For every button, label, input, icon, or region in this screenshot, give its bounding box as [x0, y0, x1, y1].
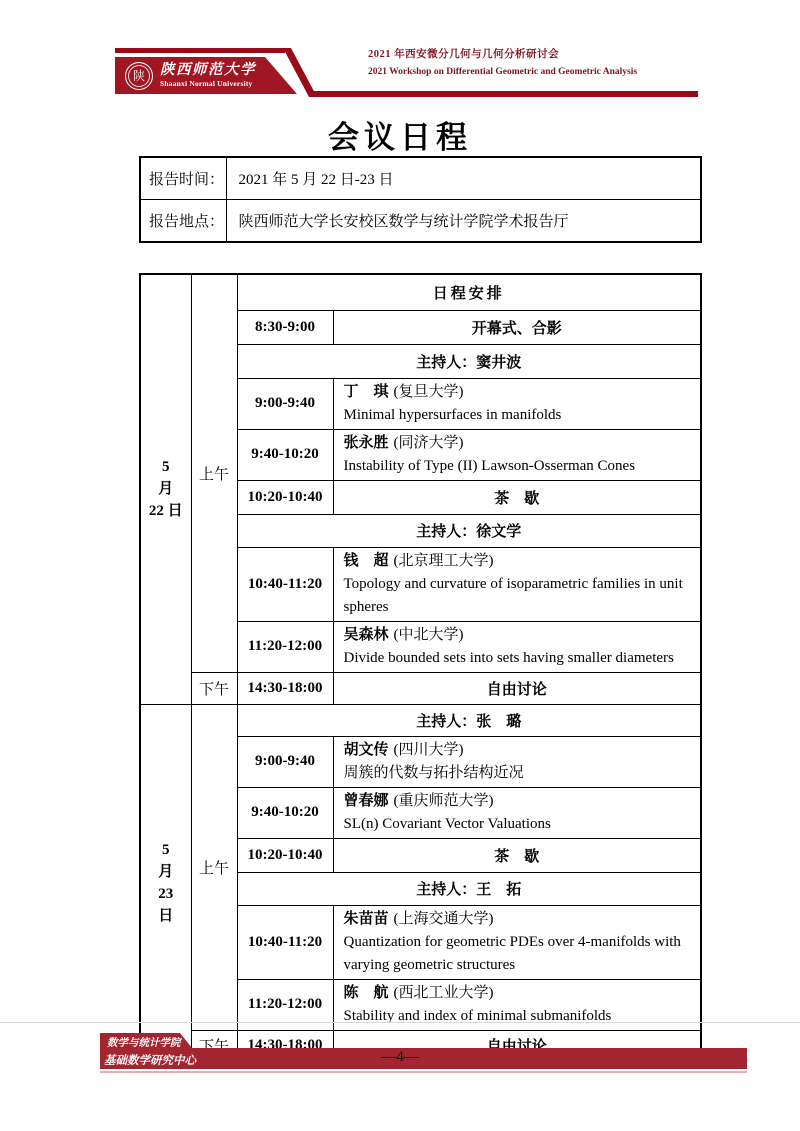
university-seal-icon: 陕: [125, 62, 153, 90]
table-row: 5 月 22 日 上午 日程安排: [140, 274, 701, 310]
university-name-en: Shaanxi Normal University: [160, 80, 256, 88]
report-time-label: 报告时间：: [140, 157, 226, 199]
speaker-affiliation: (同济大学): [394, 435, 464, 451]
speaker-affiliation: (复旦大学): [394, 384, 464, 400]
speaker-affiliation: (上海交通大学): [394, 911, 494, 927]
table-row: 报告时间： 2021 年 5 月 22 日-23 日: [140, 157, 701, 199]
talk-title: Topology and curvature of isoparametric …: [344, 573, 697, 619]
date-line: 月: [142, 478, 190, 500]
talk-cell: 吴森林(中北大学) Divide bounded sets into sets …: [333, 621, 701, 672]
talk-title: Quantization for geometric PDEs over 4-m…: [344, 931, 697, 977]
event-cell-tea: 茶 歇: [333, 838, 701, 872]
info-table: 报告时间： 2021 年 5 月 22 日-23 日 报告地点： 陕西师范大学长…: [139, 156, 702, 243]
talk-cell: 胡文传(四川大学) 周簇的代数与拓扑结构近况: [333, 736, 701, 787]
session-cell-am-day2: 上午: [191, 704, 237, 1030]
date-line: 5: [142, 839, 190, 861]
report-time-value: 2021 年 5 月 22 日-23 日: [226, 157, 701, 199]
page-title: 会议日程: [0, 112, 800, 157]
table-row: 下午 14:30-18:00 自由讨论: [140, 672, 701, 704]
date-line: 月: [142, 861, 190, 883]
speaker-affiliation: (中北大学): [394, 627, 464, 643]
speaker-affiliation: (北京理工大学): [394, 553, 494, 569]
schedule-table: 5 月 22 日 上午 日程安排 8:30-9:00 开幕式、合影 主持人：窦井…: [139, 273, 702, 1063]
speaker-name: 朱苗苗: [344, 911, 389, 927]
report-place-value: 陕西师范大学长安校区数学与统计学院学术报告厅: [226, 199, 701, 242]
footer-separator-line: [0, 1022, 800, 1023]
speaker-name: 吴森林: [344, 627, 389, 643]
header-ribbon-strip: [115, 48, 285, 53]
time-cell: 8:30-9:00: [237, 310, 333, 344]
date-cell-may22: 5 月 22 日: [140, 274, 191, 704]
speaker-name: 张永胜: [344, 435, 389, 451]
talk-title: Divide bounded sets into sets having sma…: [344, 647, 697, 670]
speaker-name: 胡文传: [344, 742, 389, 758]
time-cell: 10:20-10:40: [237, 480, 333, 514]
talk-cell: 曾春娜(重庆师范大学) SL(n) Covariant Vector Valua…: [333, 787, 701, 838]
report-place-label: 报告地点：: [140, 199, 226, 242]
talk-title: Minimal hypersurfaces in manifolds: [344, 404, 697, 427]
speaker-name: 丁 琪: [344, 384, 389, 400]
table-row: 报告地点： 陕西师范大学长安校区数学与统计学院学术报告厅: [140, 199, 701, 242]
time-cell: 10:40-11:20: [237, 905, 333, 979]
university-banner: 陕 陕西师范大学 Shaanxi Normal University: [115, 57, 297, 94]
date-line: 22 日: [142, 500, 190, 522]
time-cell: 11:20-12:00: [237, 621, 333, 672]
speaker-affiliation: (重庆师范大学): [394, 793, 494, 809]
speaker-name: 陈 航: [344, 985, 389, 1001]
talk-title: Instability of Type (II) Lawson-Osserman…: [344, 455, 697, 478]
schedule-table-title: 日程安排: [237, 274, 701, 310]
footer-ribbon-underline: [100, 1071, 747, 1073]
chair-row-day1-2: 主持人：徐文学: [237, 514, 701, 547]
university-name-cn: 陕西师范大学: [160, 63, 256, 78]
header-rule: [309, 91, 698, 97]
speaker-affiliation: (四川大学): [394, 742, 464, 758]
chair-row-day2-2: 主持人：王 拓: [237, 872, 701, 905]
talk-cell: 钱 超(北京理工大学) Topology and curvature of is…: [333, 547, 701, 621]
talk-title: Stability and index of minimal submanifo…: [344, 1005, 697, 1028]
talk-cell: 张永胜(同济大学) Instability of Type (II) Lawso…: [333, 429, 701, 480]
event-cell-tea: 茶 歇: [333, 480, 701, 514]
event-title-block: 2021 年西安微分几何与几何分析研讨会 2021 Workshop on Di…: [368, 50, 637, 77]
event-title-cn: 2021 年西安微分几何与几何分析研讨会: [368, 50, 637, 61]
time-cell: 9:40-10:20: [237, 787, 333, 838]
chair-row-day1-1: 主持人：窦井波: [237, 344, 701, 378]
university-name-block: 陕西师范大学 Shaanxi Normal University: [160, 63, 256, 88]
speaker-affiliation: (西北工业大学): [394, 985, 494, 1001]
time-cell: 9:00-9:40: [237, 378, 333, 429]
table-row: 5 月 23 日 上午 主持人：张 璐: [140, 704, 701, 736]
speaker-name: 钱 超: [344, 553, 389, 569]
time-cell: 9:00-9:40: [237, 736, 333, 787]
talk-cell: 丁 琪(复旦大学) Minimal hypersurfaces in manif…: [333, 378, 701, 429]
footer-org-line1: 数学与统计学院: [107, 1035, 181, 1050]
session-cell-am-day1: 上午: [191, 274, 237, 672]
event-cell-free-discussion: 自由讨论: [333, 672, 701, 704]
event-title-en: 2021 Workshop on Differential Geometric …: [368, 68, 637, 78]
date-line: 日: [142, 905, 190, 927]
time-cell: 14:30-18:00: [237, 672, 333, 704]
time-cell: 10:20-10:40: [237, 838, 333, 872]
chair-row-day2-1: 主持人：张 璐: [237, 704, 701, 736]
speaker-name: 曾春娜: [344, 793, 389, 809]
talk-title: 周簇的代数与拓扑结构近况: [344, 762, 697, 785]
date-cell-may23: 5 月 23 日: [140, 704, 191, 1062]
date-line: 23: [142, 883, 190, 905]
time-cell: 10:40-11:20: [237, 547, 333, 621]
session-cell-pm-day1: 下午: [191, 672, 237, 704]
date-line: 5: [142, 456, 190, 478]
event-cell-opening: 开幕式、合影: [333, 310, 701, 344]
time-cell: 9:40-10:20: [237, 429, 333, 480]
page-number: —4—: [0, 1049, 800, 1066]
talk-title: SL(n) Covariant Vector Valuations: [344, 813, 697, 836]
talk-cell: 朱苗苗(上海交通大学) Quantization for geometric P…: [333, 905, 701, 979]
